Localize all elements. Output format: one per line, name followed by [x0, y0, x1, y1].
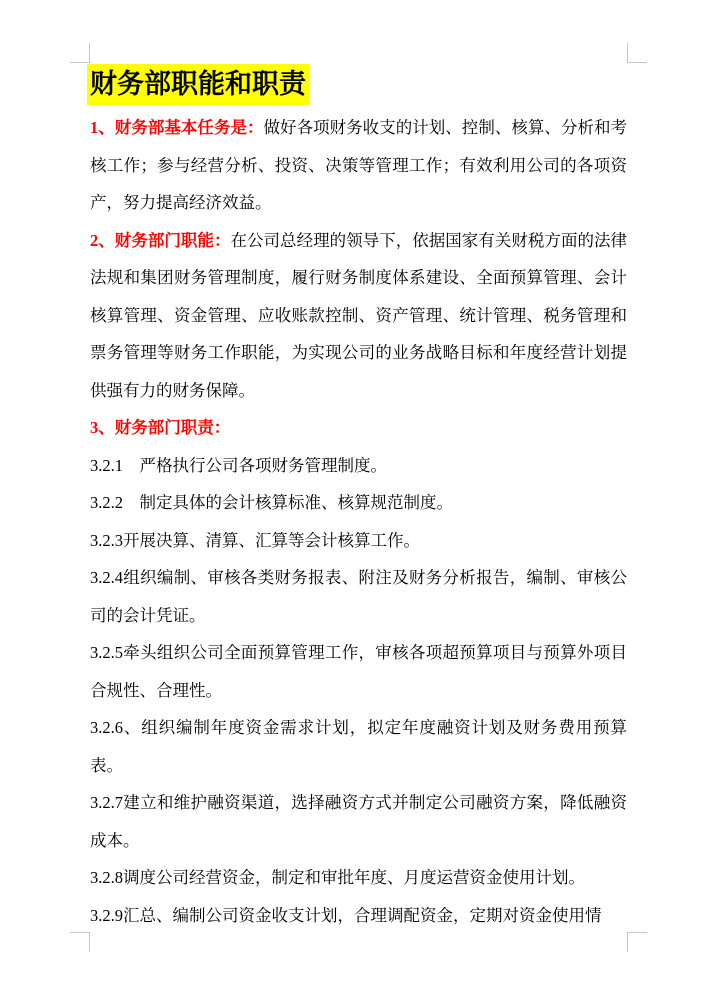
section-3-lead: 3、财务部门职责： — [90, 418, 230, 437]
document-title: 财务部职能和职责 — [90, 63, 627, 105]
text-boundary-mark-bottom-right — [627, 932, 647, 952]
paragraph-basic-tasks: 1、财务部基本任务是：做好各项财务收支的计划、控制、核算、分析和考核工作；参与经… — [90, 109, 627, 222]
text-boundary-mark-top-right — [627, 43, 647, 63]
duty-3-2-8: 3.2.8调度公司经营资金，制定和审批年度、月度运营资金使用计划。 — [90, 859, 627, 897]
duty-3-2-5: 3.2.5牵头组织公司全面预算管理工作，审核各项超预算项目与预算外项目合规性、合… — [90, 634, 627, 709]
text-boundary-mark-top-left — [70, 43, 90, 63]
paragraph-department-functions: 2、财务部门职能：在公司总经理的领导下，依据国家有关财税方面的法律法规和集团财务… — [90, 222, 627, 410]
section-1-lead: 1、财务部基本任务是： — [90, 118, 264, 137]
duty-3-2-6: 3.2.6、组织编制年度资金需求计划，拟定年度融资计划及财务费用预算表。 — [90, 709, 627, 784]
document-body: 财务部职能和职责 1、财务部基本任务是：做好各项财务收支的计划、控制、核算、分析… — [90, 63, 627, 934]
section-2-lead: 2、财务部门职能： — [90, 231, 230, 250]
duty-3-2-3: 3.2.3开展决算、清算、汇算等会计核算工作。 — [90, 522, 627, 560]
text-boundary-mark-bottom-left — [70, 932, 90, 952]
title-highlight: 财务部职能和职责 — [87, 64, 309, 105]
document-page: 财务部职能和职责 1、财务部基本任务是：做好各项财务收支的计划、控制、核算、分析… — [0, 0, 713, 1008]
heading-department-duties: 3、财务部门职责： — [90, 409, 627, 447]
duty-3-2-7: 3.2.7建立和维护融资渠道，选择融资方式并制定公司融资方案，降低融资成本。 — [90, 784, 627, 859]
duty-3-2-1: 3.2.1 严格执行公司各项财务管理制度。 — [90, 447, 627, 485]
section-2-text: 在公司总经理的领导下，依据国家有关财税方面的法律法规和集团财务管理制度，履行财务… — [90, 231, 627, 400]
duty-3-2-2: 3.2.2 制定具体的会计核算标准、核算规范制度。 — [90, 484, 627, 522]
duty-3-2-4: 3.2.4组织编制、审核各类财务报表、附注及财务分析报告，编制、审核公司的会计凭… — [90, 559, 627, 634]
duty-3-2-9: 3.2.9汇总、编制公司资金收支计划，合理调配资金，定期对资金使用情 — [90, 897, 627, 935]
